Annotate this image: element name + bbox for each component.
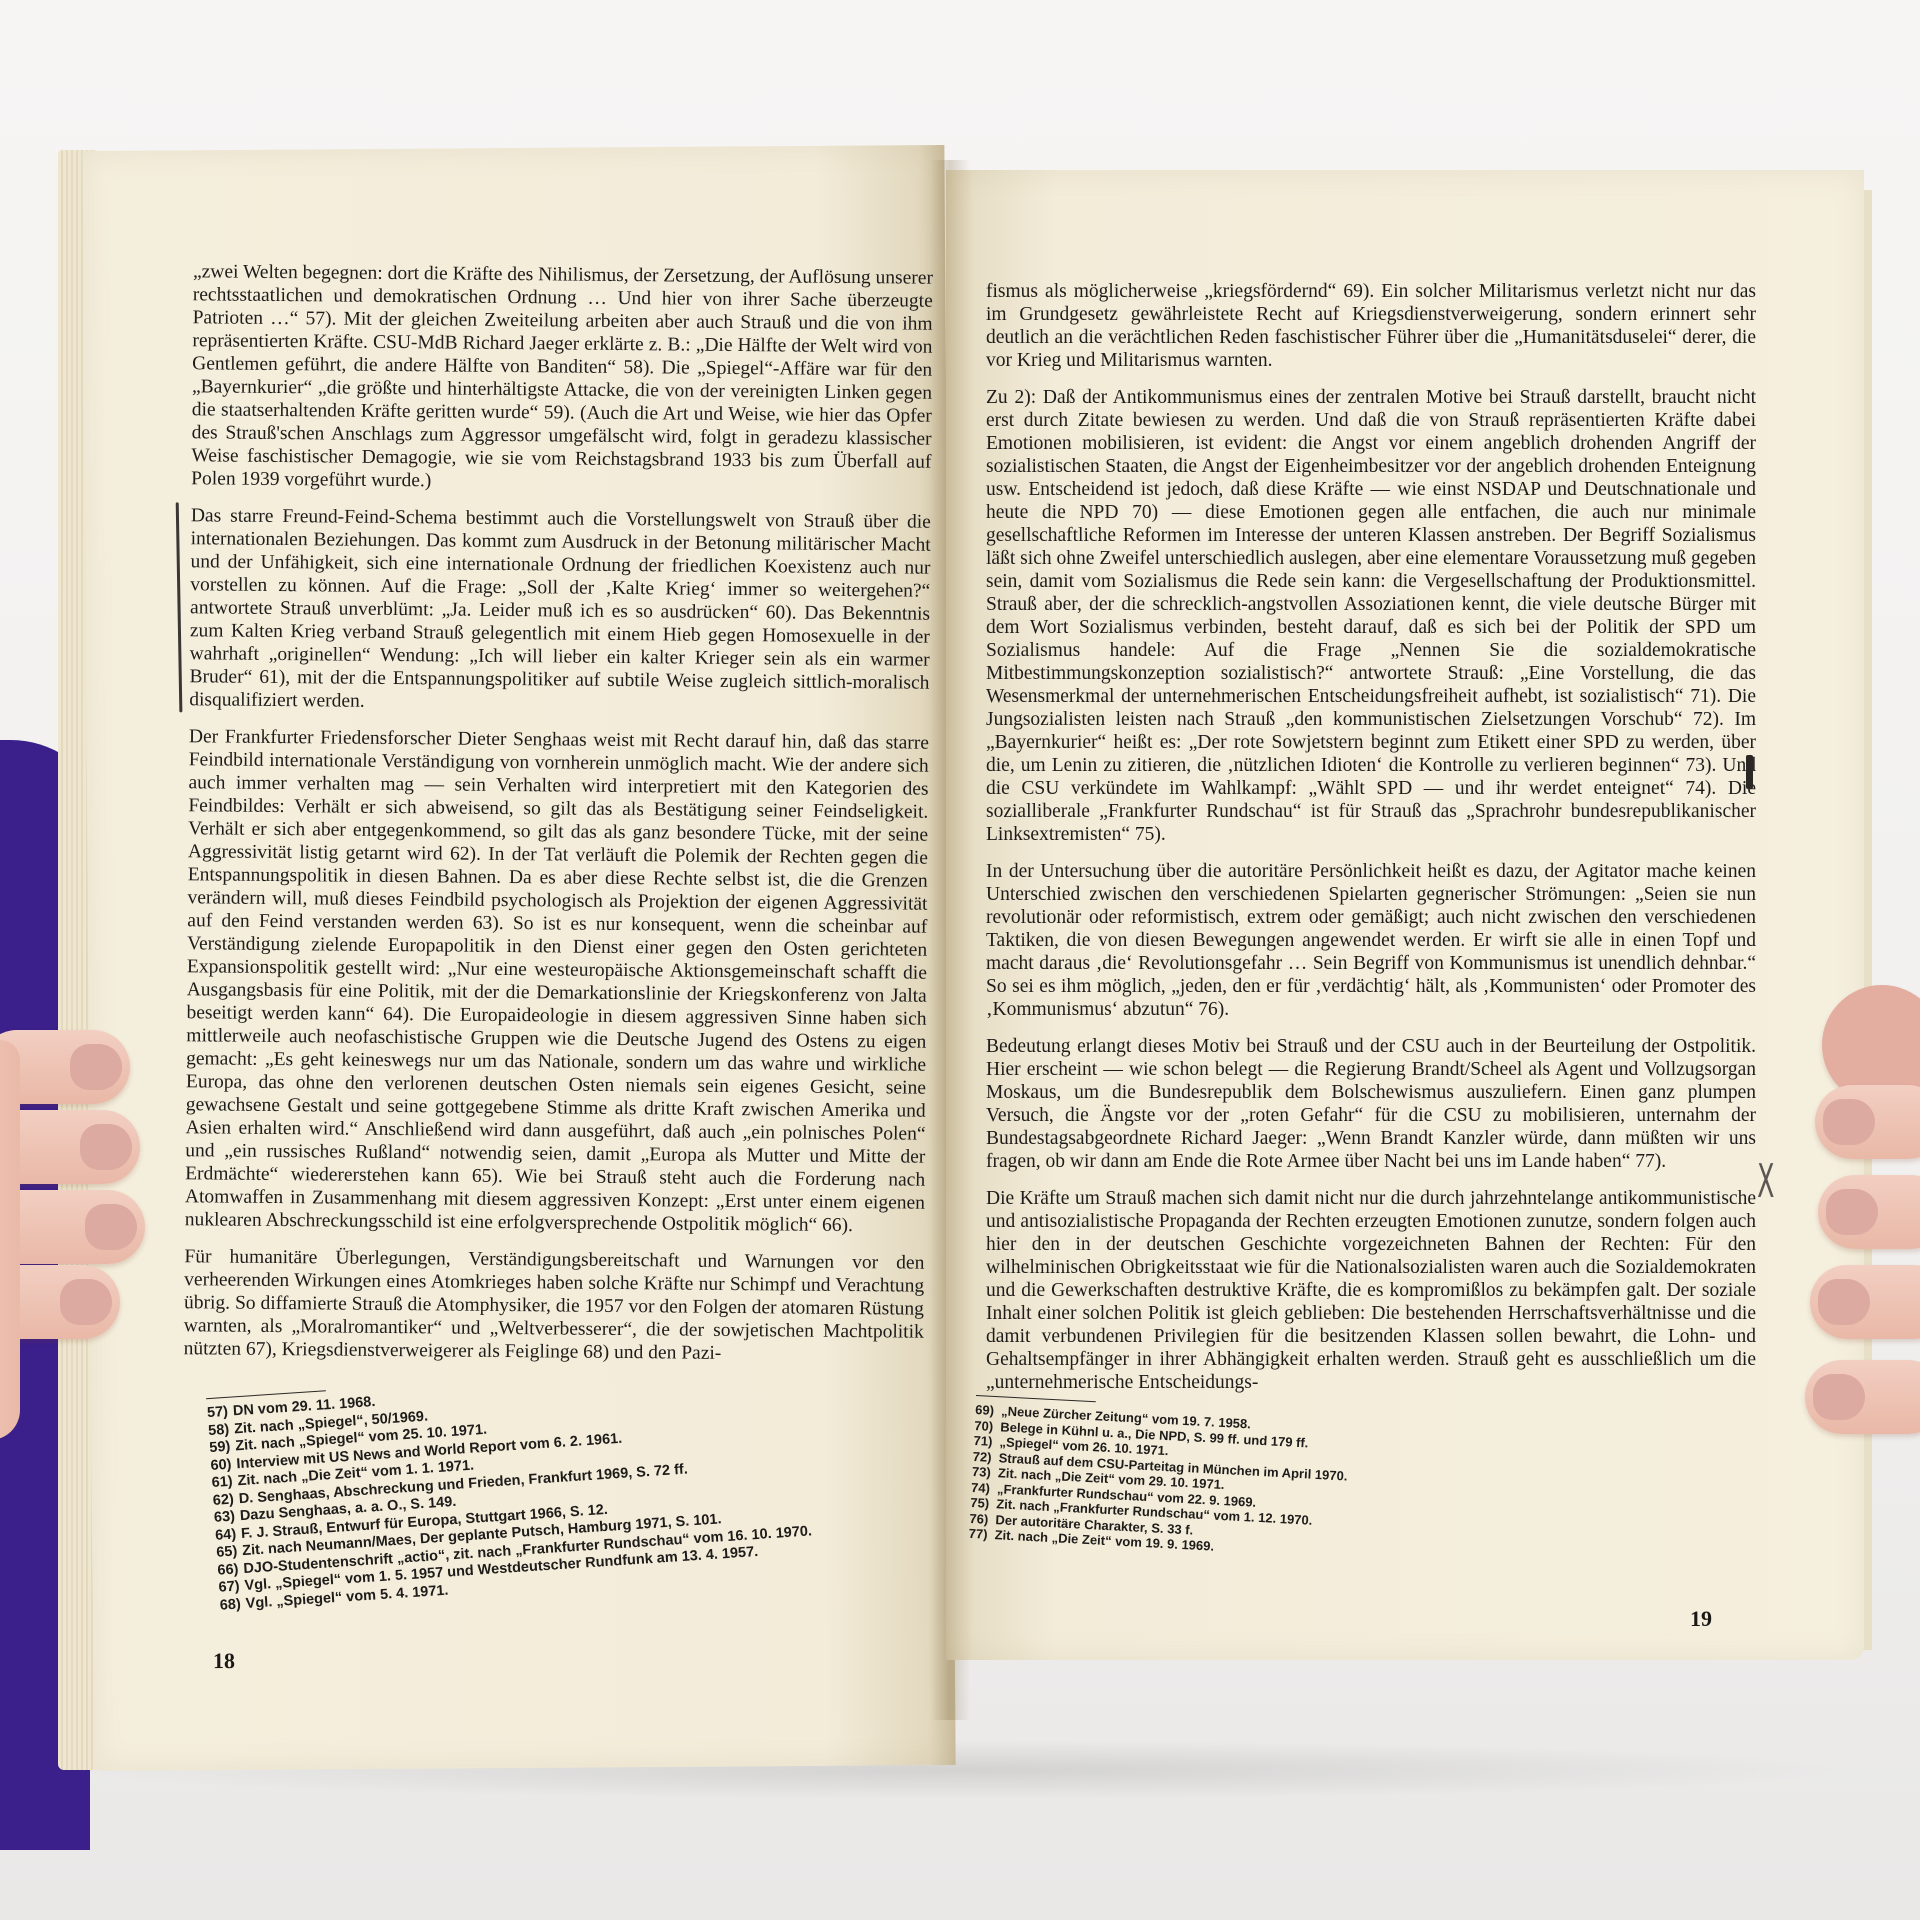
left-palm bbox=[0, 1040, 20, 1440]
right-page-body: fismus als möglicherweise „kriegsfördern… bbox=[986, 280, 1756, 1408]
paragraph: Zu 2): Daß der Antikommunismus eines der… bbox=[986, 386, 1756, 846]
finger bbox=[1818, 1175, 1920, 1249]
paragraph: Bedeutung erlangt dieses Motiv bei Strau… bbox=[986, 1035, 1756, 1173]
finger bbox=[0, 1190, 145, 1264]
finger bbox=[1810, 1265, 1920, 1339]
margin-pencil-bar bbox=[176, 502, 183, 712]
finger bbox=[1815, 1085, 1920, 1159]
fingernail bbox=[70, 1044, 122, 1090]
paragraph: Für humanitäre Überlegungen, Verständigu… bbox=[184, 1245, 925, 1366]
fingernail bbox=[1813, 1374, 1865, 1420]
margin-pencil-mark bbox=[1746, 755, 1753, 789]
fingernail bbox=[80, 1124, 132, 1170]
left-page-footnotes: 57)DN vom 29. 11. 1968. 58)Zit. nach „Sp… bbox=[206, 1350, 939, 1614]
paragraph: Das starre Freund-Feind-Schema bestimmt … bbox=[189, 504, 931, 717]
paragraph: Der Frankfurter Friedensforscher Dieter … bbox=[185, 725, 929, 1237]
fingernail bbox=[85, 1204, 137, 1250]
right-page: fismus als möglicherweise „kriegsfördern… bbox=[946, 170, 1864, 1660]
page-number-left: 18 bbox=[213, 1648, 235, 1674]
paragraph: „zwei Welten begegnen: dort die Kräfte d… bbox=[191, 260, 933, 496]
paragraph: fismus als möglicherweise „kriegsfördern… bbox=[986, 280, 1756, 372]
margin-x-annotation: X bbox=[1757, 1154, 1774, 1208]
paragraph: In der Untersuchung über die autoritäre … bbox=[986, 860, 1756, 1021]
left-page: „zwei Welten begegnen: dort die Kräfte d… bbox=[82, 145, 955, 1771]
finger bbox=[0, 1110, 140, 1184]
right-page-footnotes: 69)„Neue Zürcher Zeitung“ vom 19. 7. 195… bbox=[968, 1395, 1495, 1569]
finger bbox=[1805, 1360, 1920, 1434]
fingernail bbox=[1826, 1189, 1878, 1235]
left-page-body: „zwei Welten begegnen: dort die Kräfte d… bbox=[183, 260, 933, 1380]
fingernail bbox=[1818, 1279, 1870, 1325]
page-number-right: 19 bbox=[1690, 1606, 1712, 1632]
paragraph: Die Kräfte um Strauß machen sich damit n… bbox=[986, 1187, 1756, 1394]
fingernail bbox=[60, 1279, 112, 1325]
fingernail bbox=[1823, 1099, 1875, 1145]
